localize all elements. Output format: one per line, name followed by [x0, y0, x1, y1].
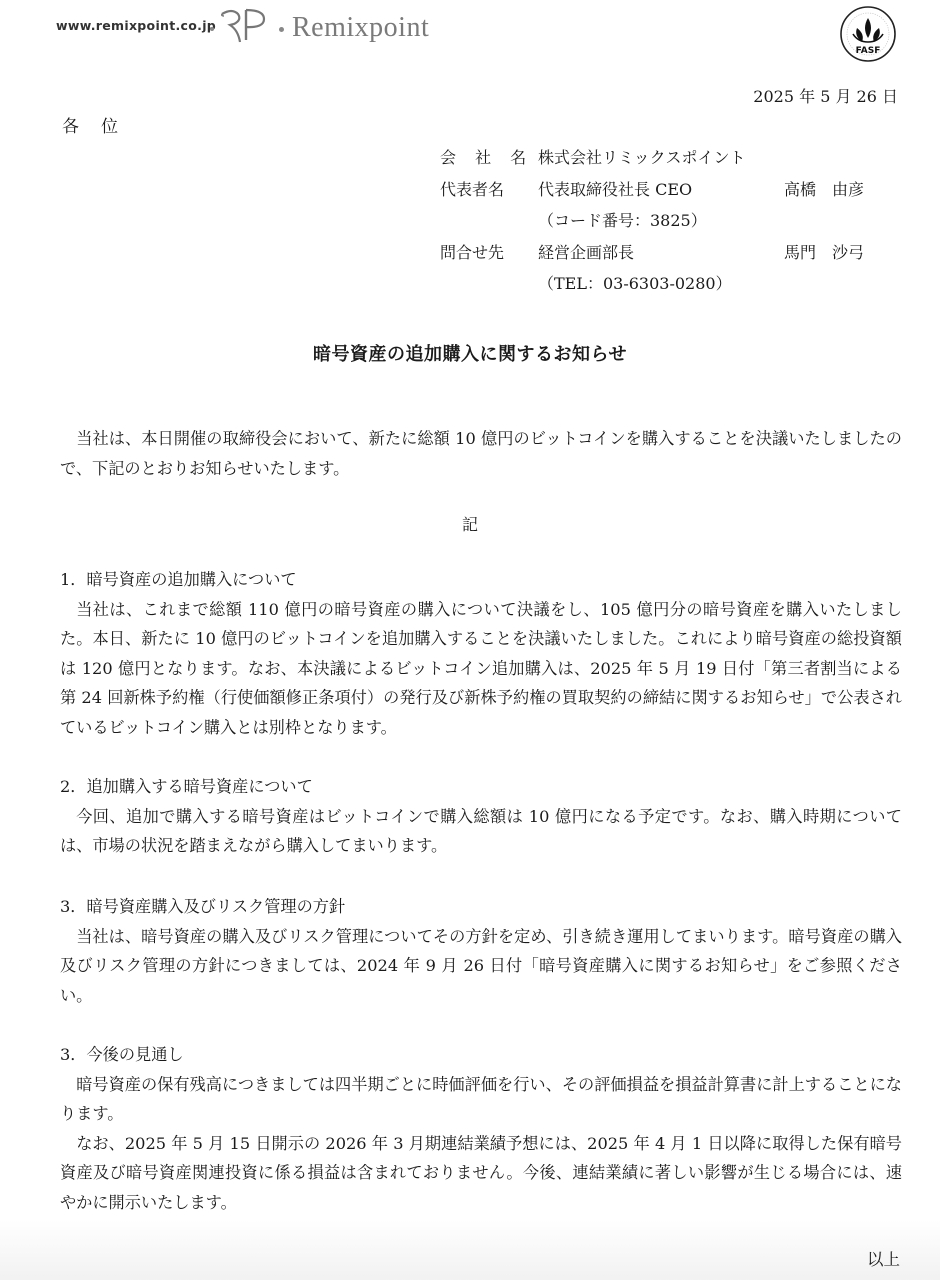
document-title: 暗号資産の追加購入に関するお知らせ	[0, 340, 940, 366]
separator-dot	[210, 27, 214, 31]
svg-text:FASF: FASF	[856, 46, 881, 56]
section-paragraph: 当社は、これまで総額 110 億円の暗号資産の購入について決議をし、105 億円…	[60, 595, 902, 743]
ki-marker: 記	[0, 512, 940, 535]
info-row-tel: （TEL：03-6303-0280）	[440, 268, 904, 300]
info-value: 経営企画部長	[538, 237, 784, 269]
section-heading: 3．暗号資産購入及びリスク管理の方針	[60, 892, 902, 922]
info-label: 会 社 名	[440, 142, 538, 174]
info-value: 代表取締役社長 CEO	[538, 174, 784, 206]
section-heading: 3．今後の見通し	[60, 1040, 902, 1070]
info-value: 株式会社リミックスポイント	[538, 142, 784, 174]
info-row-company: 会 社 名 株式会社リミックスポイント	[440, 142, 904, 174]
info-label	[440, 268, 538, 300]
rp-logo-icon	[218, 6, 274, 44]
info-person	[784, 142, 904, 174]
page-bottom-shade	[0, 1220, 940, 1280]
info-value: （コード番号：3825）	[538, 205, 784, 237]
brand-name: Remixpoint	[292, 12, 429, 44]
website-url[interactable]: www.remixpoint.co.jp	[56, 18, 216, 33]
section-heading: 1．暗号資産の追加購入について	[60, 565, 902, 595]
info-label	[440, 205, 538, 237]
intro-paragraph: 当社は、本日開催の取締役会において、新たに総額 10 億円のビットコインを購入す…	[60, 424, 902, 483]
section-1: 1．暗号資産の追加購入について 当社は、これまで総額 110 億円の暗号資産の購…	[60, 565, 902, 742]
info-label: 問合せ先	[440, 237, 538, 269]
section-paragraph: 暗号資産の保有残高につきましては四半期ごとに時価評価を行い、その評価損益を損益計…	[60, 1070, 902, 1129]
info-row-representative: 代表者名 代表取締役社長 CEO 高橋 由彦	[440, 174, 904, 206]
info-row-code: （コード番号：3825）	[440, 205, 904, 237]
company-info: 会 社 名 株式会社リミックスポイント 代表者名 代表取締役社長 CEO 高橋 …	[440, 142, 904, 300]
section-2: 2．追加購入する暗号資産について 今回、追加で購入する暗号資産はビットコインで購…	[60, 772, 902, 861]
info-person	[784, 205, 904, 237]
info-person: 高橋 由彦	[784, 174, 904, 206]
section-paragraph: なお、2025 年 5 月 15 日開示の 2026 年 3 月期連結業績予想に…	[60, 1129, 902, 1218]
info-person	[784, 268, 904, 300]
separator-dot	[279, 27, 284, 32]
info-row-contact: 問合せ先 経営企画部長 馬門 沙弓	[440, 237, 904, 269]
section-paragraph: 今回、追加で購入する暗号資産はビットコインで購入総額は 10 億円になる予定です…	[60, 802, 902, 861]
info-label: 代表者名	[440, 174, 538, 206]
closing-mark: 以上	[867, 1246, 900, 1270]
section-paragraph: 当社は、暗号資産の購入及びリスク管理についてその方針を定め、引き続き運用してまい…	[60, 922, 902, 1011]
info-value: （TEL：03-6303-0280）	[538, 268, 784, 300]
section-3: 3．暗号資産購入及びリスク管理の方針 当社は、暗号資産の購入及びリスク管理につい…	[60, 892, 902, 1010]
addressee: 各位	[62, 112, 140, 137]
fasf-emblem-icon: FASF	[838, 4, 898, 64]
info-person: 馬門 沙弓	[784, 237, 904, 269]
section-heading: 2．追加購入する暗号資産について	[60, 772, 902, 802]
document-date: 2025 年 5 月 26 日	[753, 84, 898, 107]
section-outlook: 3．今後の見通し 暗号資産の保有残高につきましては四半期ごとに時価評価を行い、そ…	[60, 1040, 902, 1217]
